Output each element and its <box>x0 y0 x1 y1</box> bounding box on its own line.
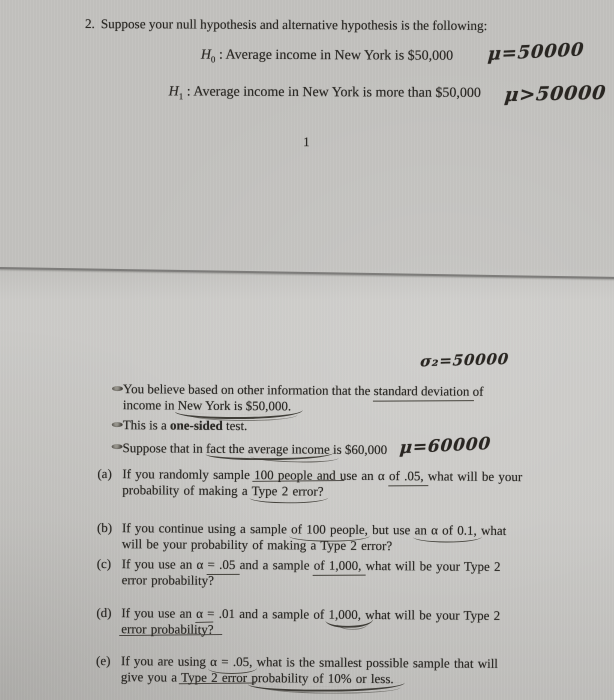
bottom-page: σ₂=50000 You believe based on other info… <box>0 0 614 700</box>
hand-underlined-text: probability of 10% or less. <box>251 670 393 686</box>
text-segment: Suppose that in <box>123 440 207 456</box>
hand-underlined-text: Type 2 error? <box>252 483 324 499</box>
question-line: probability of making a Type 2 error? <box>122 482 522 501</box>
text-segment: one-sided <box>170 418 223 433</box>
text-segment: test. <box>223 418 248 433</box>
text-segment: what <box>477 523 507 538</box>
hand-underlined-text: error probability? <box>121 621 213 637</box>
question-line: error probability? <box>122 572 501 591</box>
question-item-e: (e) If you are using α = .05, what is th… <box>96 653 498 688</box>
text-segment: give you a <box>121 669 181 684</box>
text-segment: error probability? <box>122 572 214 588</box>
text-segment: is $60,000 <box>330 442 388 457</box>
text-segment: will be your probability of making a Typ… <box>122 536 392 553</box>
text-segment: what will be your Type 2 <box>361 607 500 623</box>
item-label: (e) <box>96 653 121 685</box>
question-item-c: (c) If you use an α = .05 and a sample o… <box>97 556 501 591</box>
bullet-icon <box>112 422 123 427</box>
text-segment: , but use <box>365 522 415 537</box>
bullet-item-one-sided: This is a one-sided test. <box>112 417 248 434</box>
text-segment: and a sample <box>235 557 313 573</box>
bullet-text-line: income in New York is $50,000. <box>123 397 484 416</box>
question-line: error probability? <box>121 621 500 640</box>
hand-underlined-text: α = <box>196 606 215 621</box>
text-segment: If you continue using a sample <box>122 520 291 536</box>
handwritten-sigma-annotation: σ₂=50000 <box>420 350 510 370</box>
text-segment: If you use an α <box>122 556 208 572</box>
bullet-text: Suppose that in fact the average income … <box>123 440 388 457</box>
hand-underlined-text: of 100 people <box>291 521 365 537</box>
text-segment: If you are using <box>121 653 210 669</box>
item-label: (c) <box>97 556 122 588</box>
bullet-icon <box>112 444 123 449</box>
text-segment: probability of making a <box>122 482 252 498</box>
bullet-item-true-mean: Suppose that in fact the average income … <box>112 439 491 459</box>
question-line: will be your probability of making a Typ… <box>122 536 506 555</box>
text-segment: This is a <box>123 417 170 432</box>
question-item-d: (d) If you use an α = .01 and a sample o… <box>96 605 500 640</box>
hand-underlined-text: Type 2 error <box>181 670 247 685</box>
question-item-a: (a) If you randomly sample 100 people an… <box>97 466 522 501</box>
hand-underlined-text: standard deviation <box>374 383 470 399</box>
bullet-text-line: This is a one-sided test. <box>123 417 248 434</box>
hand-underlined-text: fact the average income <box>206 441 330 457</box>
item-label: (a) <box>97 466 122 498</box>
scanned-document-photo: 2.Suppose your null hypothesis and alter… <box>0 0 614 700</box>
text-segment: what will be your <box>424 468 523 484</box>
text-segment: what will be your Type 2 <box>361 558 500 574</box>
text-segment: income in <box>123 397 178 412</box>
item-label: (b) <box>97 520 122 552</box>
handwritten-mu-equals-60000: μ=60000 <box>399 436 492 456</box>
hand-underlined-text: 1,000, <box>328 607 361 622</box>
text-segment: .01 and a sample of <box>214 606 328 622</box>
hand-underlined-text: = .05 <box>207 557 235 572</box>
hand-underlined-text: New York is $50,000. <box>178 398 292 414</box>
hand-underlined-text: α = .05, <box>210 654 252 669</box>
text-segment: If you use an <box>121 605 196 621</box>
bullet-item-standard-deviation: You believe based on other information t… <box>112 381 484 416</box>
text-segment: use an α <box>336 468 390 483</box>
hand-underlined-text: of 1,000, <box>314 558 362 573</box>
hand-underlined-text: of .05, <box>389 468 424 483</box>
hand-underlined-text: 100 people and <box>254 467 336 483</box>
text-segment: of <box>469 384 483 399</box>
text-segment: what is the smallest possible sample tha… <box>252 654 498 671</box>
question-item-b: (b) If you continue using a sample of 10… <box>97 520 507 555</box>
item-label: (d) <box>96 605 121 637</box>
hand-underlined-text: an α of 0.1, <box>415 522 477 537</box>
bullet-text-line: Suppose that in fact the average income … <box>123 439 491 459</box>
text-segment: If you randomly sample <box>122 466 254 482</box>
text-segment: You believe based on other information t… <box>123 381 374 398</box>
question-line: give you a Type 2 error probability of 1… <box>121 669 498 688</box>
bullet-icon <box>112 386 123 391</box>
